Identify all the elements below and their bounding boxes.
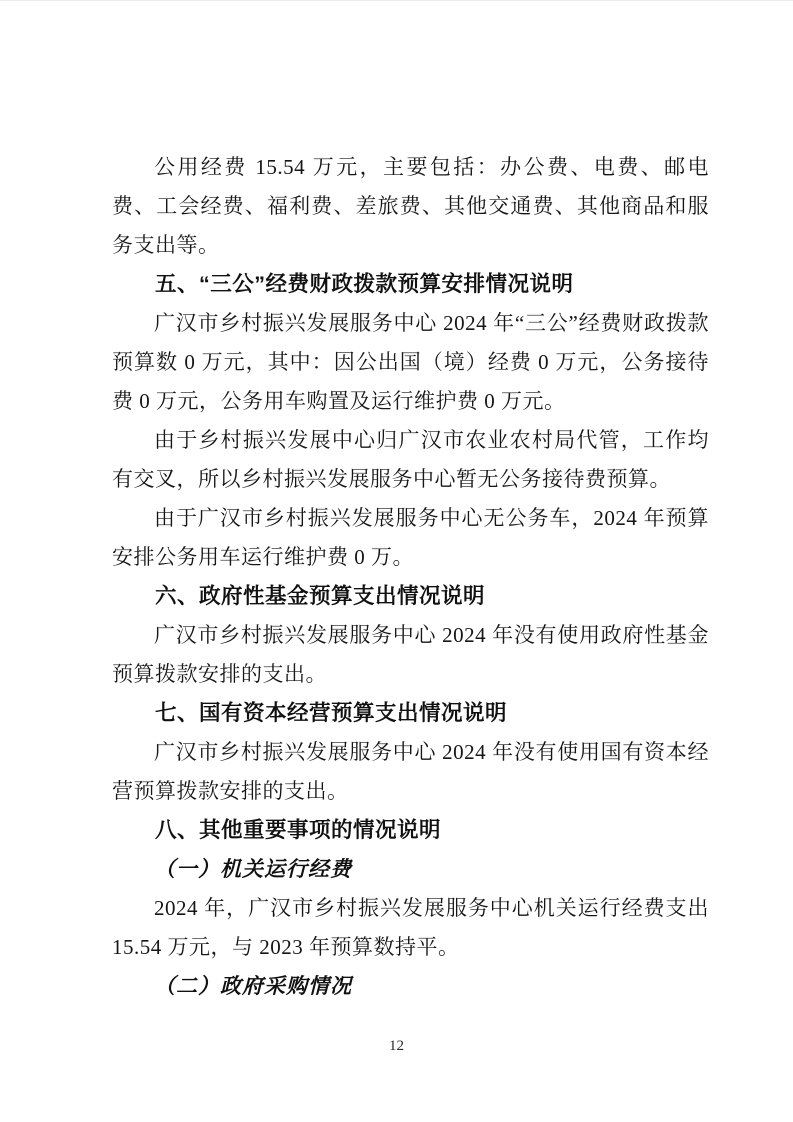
paragraph-agency-operating-funds: 2024 年，广汉市乡村振兴发展服务中心机关运行经费支出 15.54 万元，与 … <box>112 889 709 967</box>
paragraph-government-fund: 广汉市乡村振兴发展服务中心 2024 年没有使用政府性基金预算拨款安排的支出。 <box>112 616 709 694</box>
section-heading-eight-other-matters: 八、其他重要事项的情况说明 <box>112 811 709 850</box>
section-heading-six-government-fund: 六、政府性基金预算支出情况说明 <box>112 577 709 616</box>
paragraph-three-public-budget: 广汉市乡村振兴发展服务中心 2024 年“三公”经费财政拨款预算数 0 万元，其… <box>112 304 709 421</box>
sub-heading-two-government-procurement: （二）政府采购情况 <box>112 967 709 1006</box>
page-number: 12 <box>389 1038 404 1054</box>
sub-heading-one-agency-operating-funds: （一）机关运行经费 <box>112 850 709 889</box>
document-content: 公用经费 15.54 万元，主要包括：办公费、电费、邮电费、工会经费、福利费、差… <box>0 1 793 1006</box>
page-footer: 12 <box>0 1037 793 1055</box>
section-heading-five-three-public-funds: 五、“三公”经费财政拨款预算安排情况说明 <box>112 265 709 304</box>
paragraph-public-expenses: 公用经费 15.54 万元，主要包括：办公费、电费、邮电费、工会经费、福利费、差… <box>112 148 709 265</box>
document-page: 公用经费 15.54 万元，主要包括：办公费、电费、邮电费、工会经费、福利费、差… <box>0 0 793 1122</box>
paragraph-state-capital: 广汉市乡村振兴发展服务中心 2024 年没有使用国有资本经营预算拨款安排的支出。 <box>112 733 709 811</box>
paragraph-no-official-vehicle: 由于广汉市乡村振兴发展服务中心无公务车，2024 年预算安排公务用车运行维护费 … <box>112 499 709 577</box>
section-heading-seven-state-capital: 七、国有资本经营预算支出情况说明 <box>112 694 709 733</box>
paragraph-no-reception-budget: 由于乡村振兴发展中心归广汉市农业农村局代管，工作均有交叉，所以乡村振兴发展服务中… <box>112 421 709 499</box>
